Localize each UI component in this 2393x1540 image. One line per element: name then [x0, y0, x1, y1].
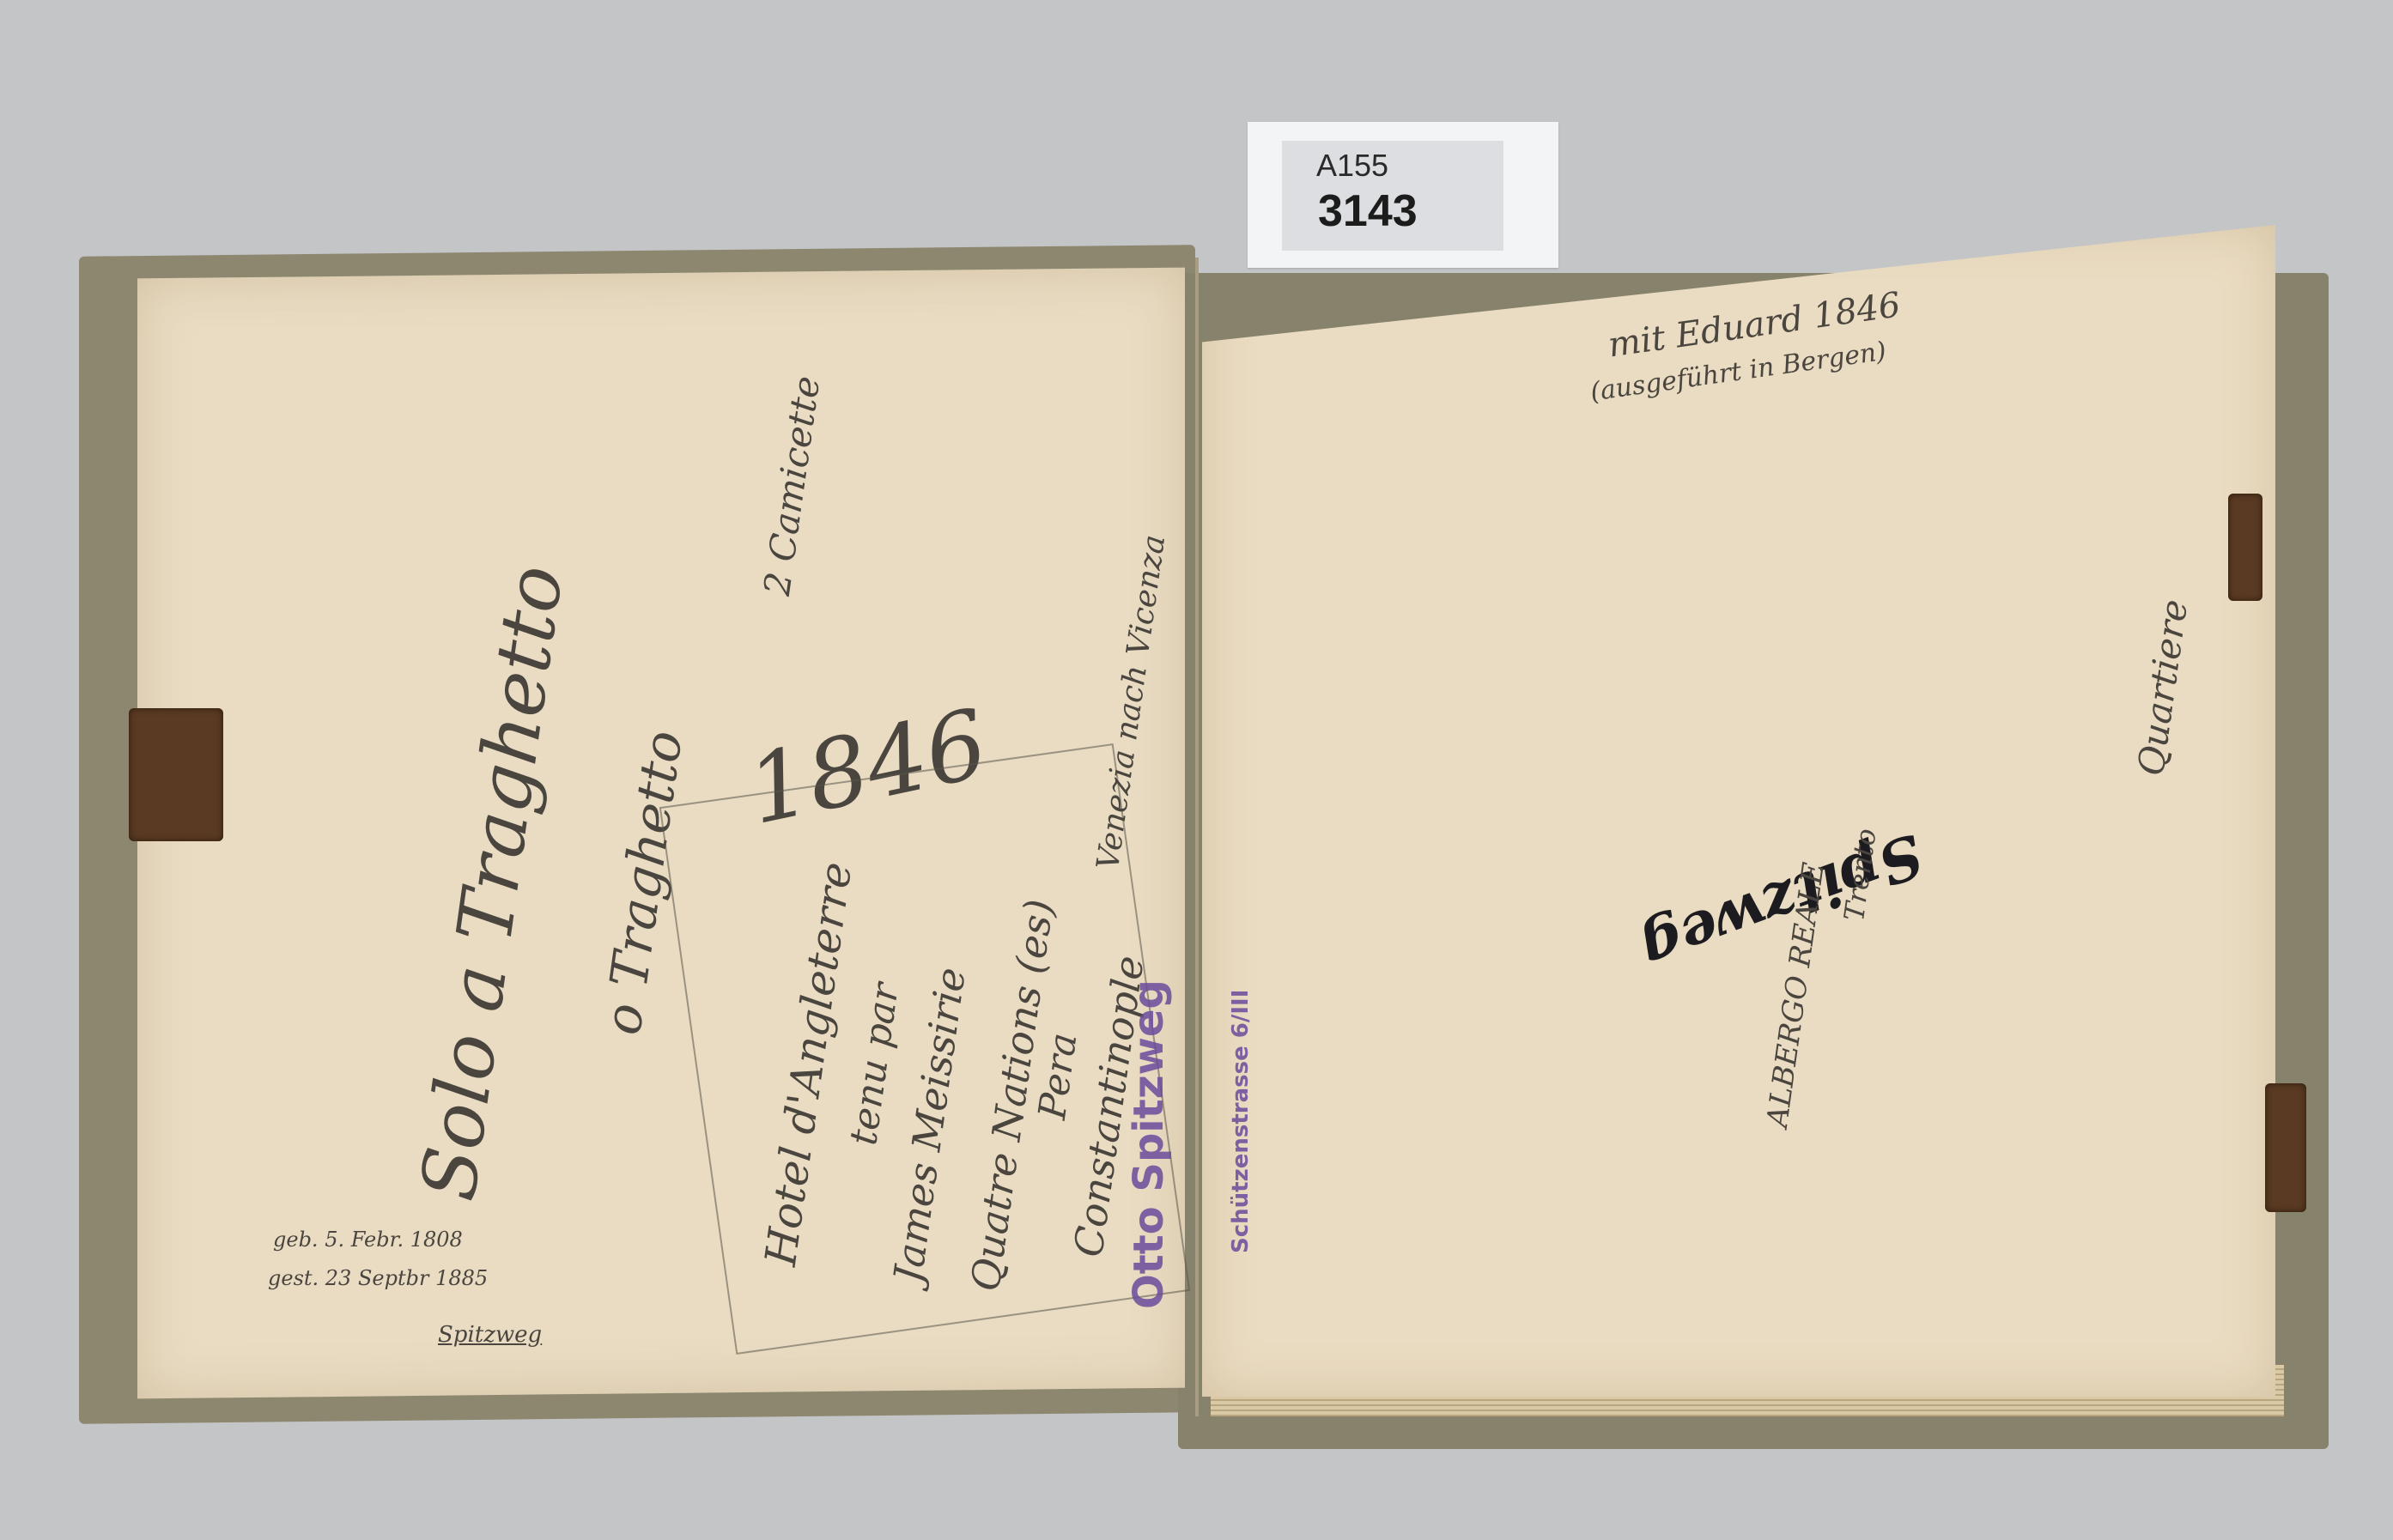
lot-number: 3143: [1318, 185, 1418, 237]
right-clasp-top: [2228, 494, 2262, 601]
lot-label-code: A155: [1316, 148, 1388, 184]
right-clasp-bottom: [2265, 1083, 2306, 1212]
left-clasp: [129, 708, 223, 841]
lot-label-inner: A155 3143: [1282, 141, 1503, 251]
stamp-address: Schützenstrasse 6/III: [1228, 990, 1254, 1253]
pencil-signature: Spitzweg: [438, 1322, 542, 1348]
notebook-spine: [1195, 258, 1199, 1416]
notebook-right-page: [1202, 225, 2275, 1397]
lot-label-card: A155 3143: [1248, 122, 1558, 268]
stamp-otto-spitzweg: Otto Spitzweg: [1125, 979, 1173, 1309]
death-note: gest. 23 Septbr 1885: [268, 1266, 488, 1290]
birth-note: geb. 5. Febr. 1808: [273, 1228, 463, 1252]
